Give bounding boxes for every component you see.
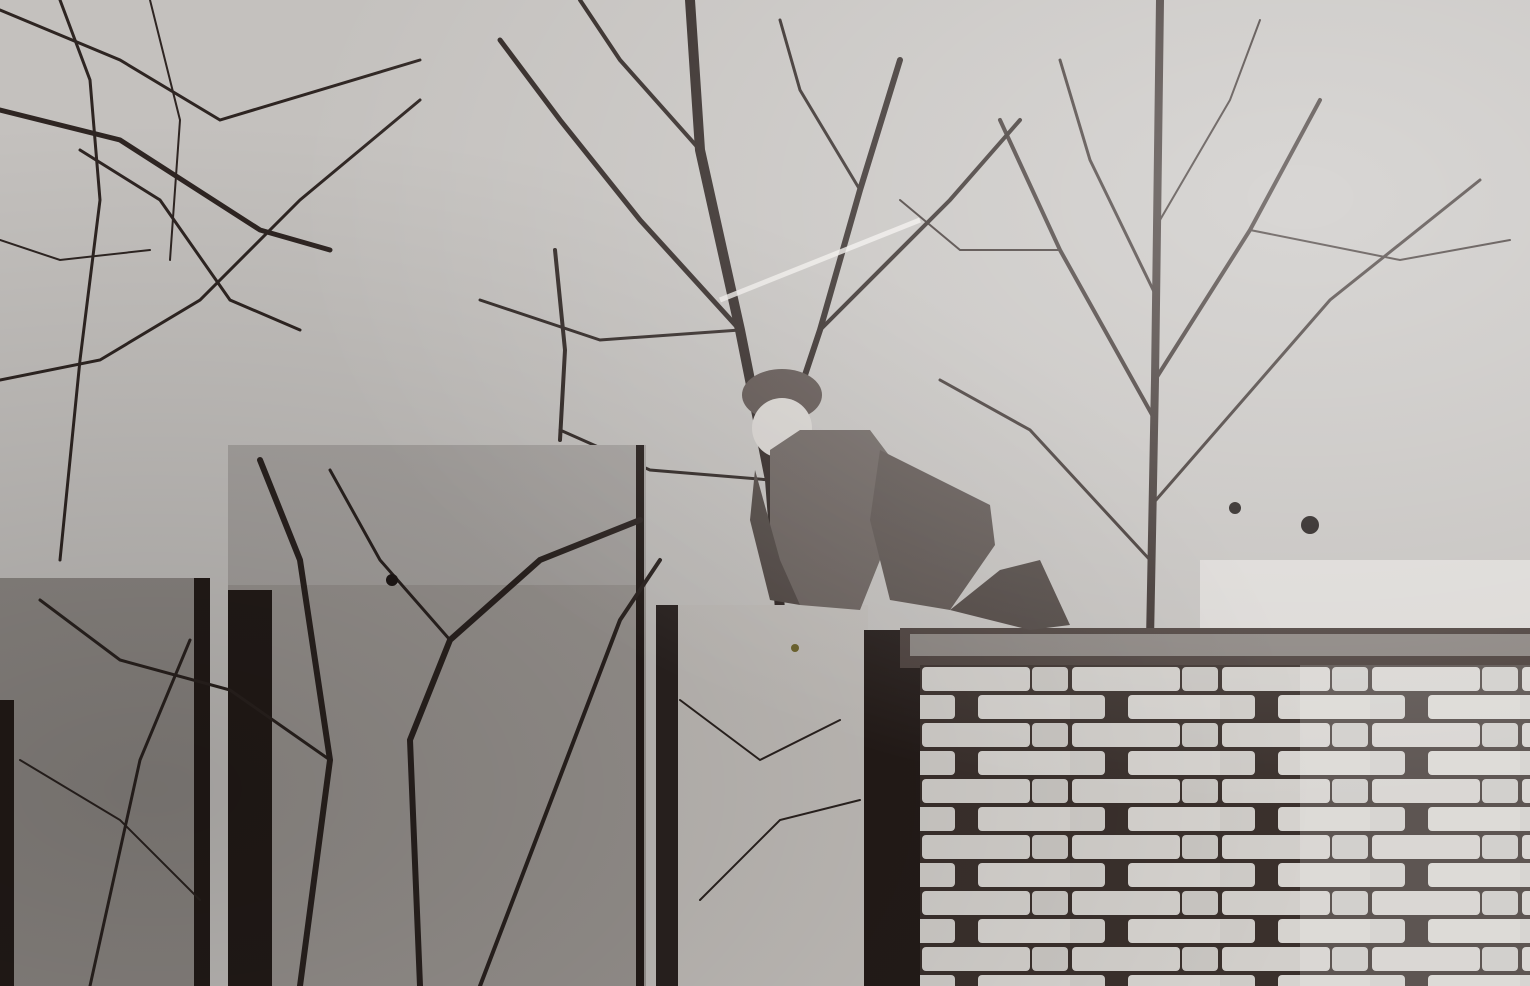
fence-post xyxy=(228,590,272,986)
fence-panel-right xyxy=(656,605,868,986)
lattice-brick-wall xyxy=(900,628,1530,986)
photograph: Black-and-white vintage photograph of a … xyxy=(0,0,1530,986)
photo-scene xyxy=(0,0,1530,986)
